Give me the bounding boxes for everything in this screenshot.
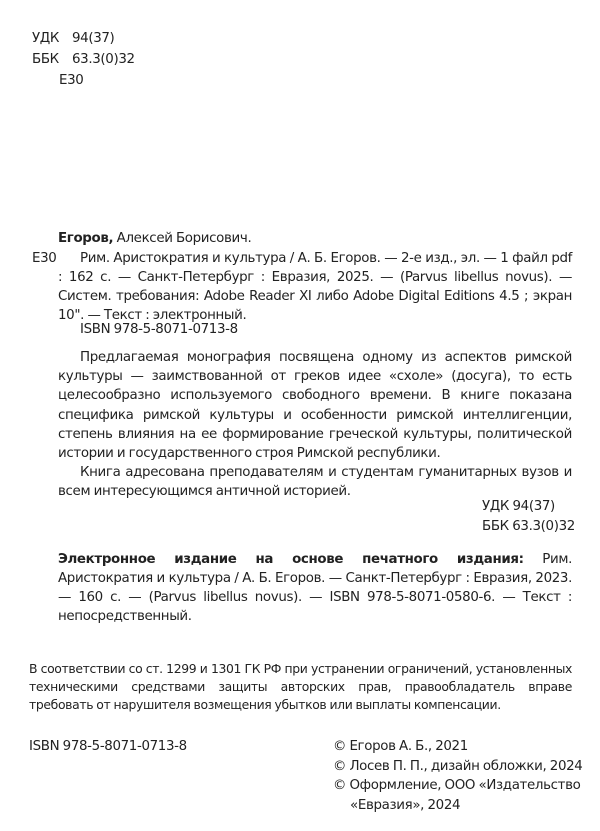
author-name: Алексей Борисович. <box>113 231 251 246</box>
annotation: Предлагаемая монография посвящена одному… <box>58 348 572 502</box>
copyright-cover-design: © Лосев П. П., дизайн обложки, 2024 <box>333 757 582 777</box>
udk-value: 94(37) <box>72 28 114 49</box>
isbn-main: ISBN 978-5-8071-0713-8 <box>80 320 238 339</box>
author-mark-side: Е30 <box>32 249 56 268</box>
classification-codes-bottom: УДК 94(37) ББК 63.3(0)32 <box>482 497 575 536</box>
printed-edition-label: Электронное издание на основе печатного … <box>58 552 524 567</box>
author-heading: Егоров, Алексей Борисович. <box>58 229 251 248</box>
description-text: Рим. Аристократия и культура / А. Б. Его… <box>58 249 572 326</box>
udk-label: УДК <box>32 28 72 49</box>
copyright-layout: © Оформление, ООО «Издательство <box>333 776 582 796</box>
bibliographic-description: Рим. Аристократия и культура / А. Б. Его… <box>58 249 572 326</box>
bbk-label: ББК <box>32 49 72 70</box>
copyright-layout-continuation: «Евразия», 2024 <box>333 796 582 816</box>
copyright-author: © Егоров А. Б., 2021 <box>333 737 582 757</box>
classification-codes-top: УДК94(37) ББК63.3(0)32 <box>32 28 135 70</box>
bbk-code: ББК 63.3(0)32 <box>482 517 575 537</box>
author-mark-top: Е30 <box>59 70 83 91</box>
annotation-paragraph-2: Книга адресована преподавателям и студен… <box>58 463 572 501</box>
printed-edition-note: Электронное издание на основе печатного … <box>58 550 572 626</box>
udk-row: УДК94(37) <box>32 28 135 49</box>
copyright-list: © Егоров А. Б., 2021 © Лосев П. П., диза… <box>333 737 582 815</box>
bbk-value: 63.3(0)32 <box>72 49 135 70</box>
legal-notice: В соответствии со ст. 1299 и 1301 ГК РФ … <box>29 660 572 714</box>
udk-code: УДК 94(37) <box>482 497 575 517</box>
isbn-footer: ISBN 978-5-8071-0713-8 <box>29 737 187 757</box>
annotation-paragraph-1: Предлагаемая монография посвящена одному… <box>58 348 572 463</box>
bbk-row: ББК63.3(0)32 <box>32 49 135 70</box>
author-surname: Егоров, <box>58 231 113 246</box>
